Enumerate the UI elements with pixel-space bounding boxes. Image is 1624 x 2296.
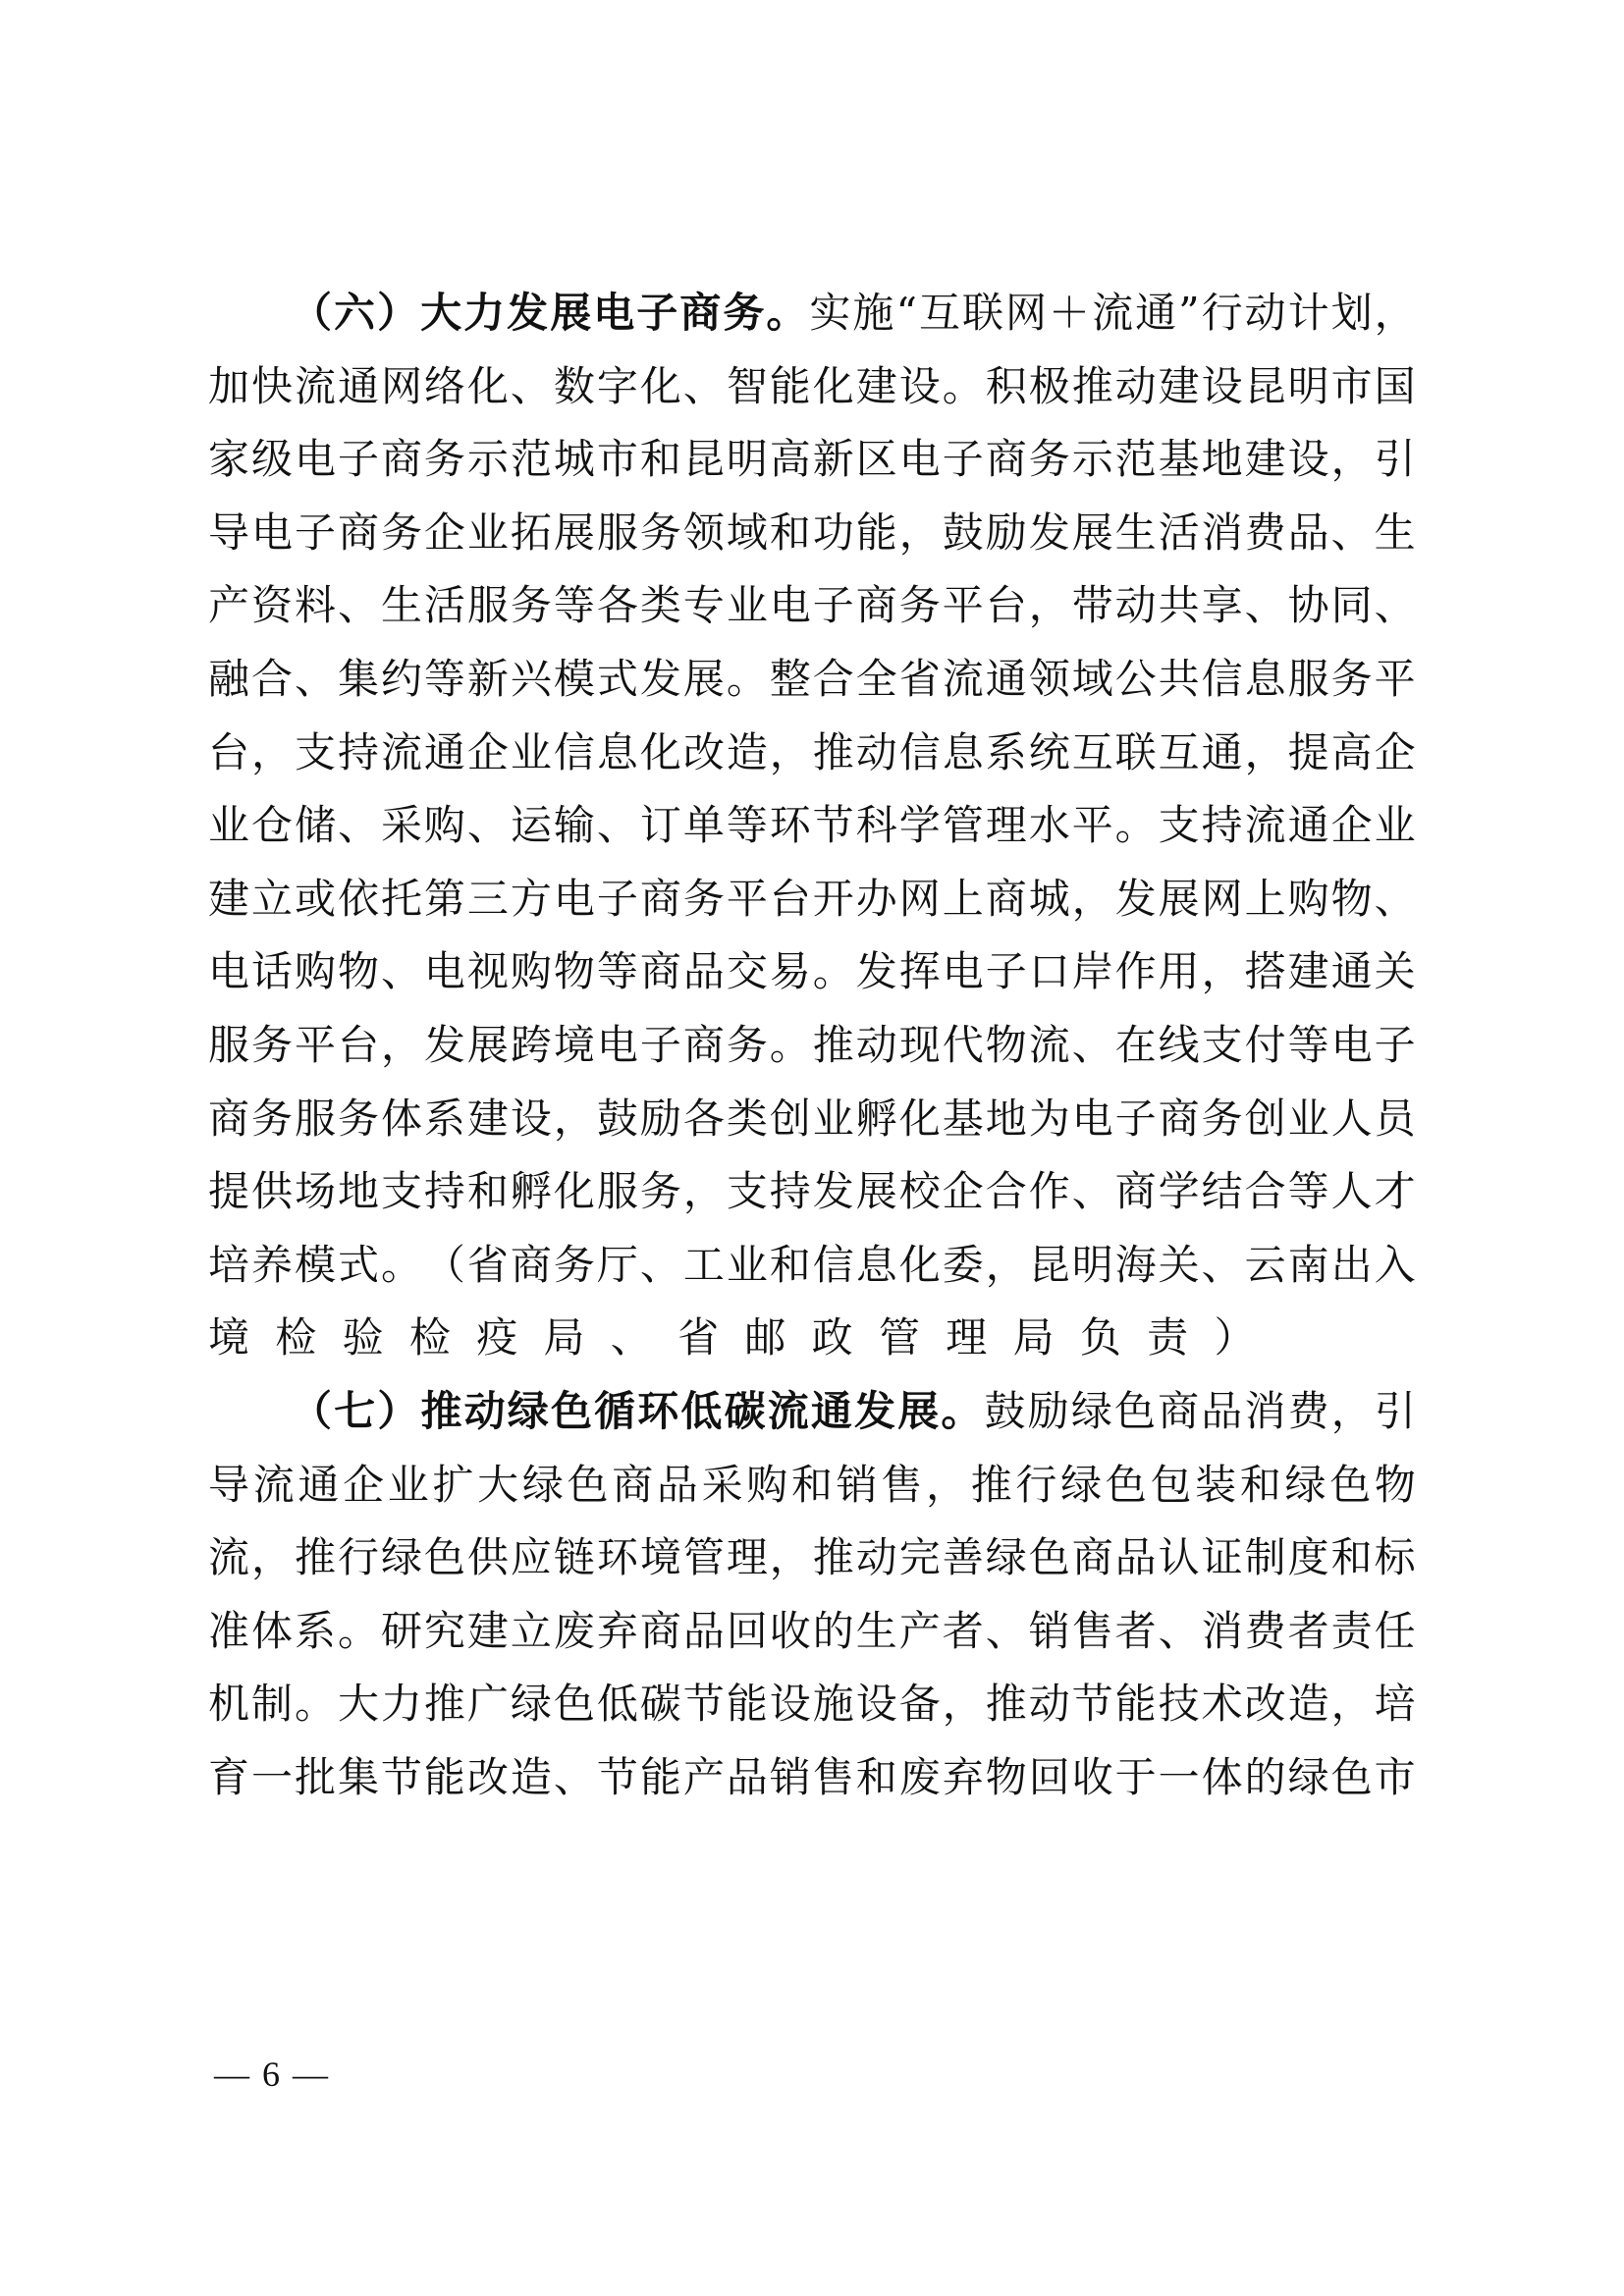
paragraph-6-line: 境检验检疫局、省邮政管理局负责）: [208, 1302, 1416, 1375]
paragraph-7-line: 导流通企业扩大绿色商品采购和销售，推行绿色包装和绿色物: [208, 1449, 1416, 1522]
paragraph-7-line: 育一批集节能改造、节能产品销售和废弃物回收于一体的绿色市: [208, 1741, 1416, 1815]
paragraph-6-line: 培养模式。（省商务厅、工业和信息化委，昆明海关、云南出入: [208, 1229, 1416, 1303]
document-page: （六）大力发展电子商务。实施“互联网＋流通”行动计划， 加快流通网络化、数字化、…: [0, 0, 1624, 2296]
paragraph-7-line: 准体系。研究建立废弃商品回收的生产者、销售者、消费者责任: [208, 1595, 1416, 1669]
paragraph-7-line: 机制。大力推广绿色低碳节能设施设备，推动节能技术改造，培: [208, 1668, 1416, 1741]
paragraph-6-line: 电话购物、电视购物等商品交易。发挥电子口岸作用，搭建通关: [208, 935, 1416, 1009]
paragraph-6-line: 加快流通网络化、数字化、智能化建设。积极推动建设昆明市国: [208, 350, 1416, 424]
page-number: — 6 —: [214, 2050, 330, 2099]
paragraph-6-line: 产资料、生活服务等各类专业电子商务平台，带动共享、协同、: [208, 569, 1416, 643]
paragraph-6-line: 服务平台，发展跨境电子商务。推动现代物流、在线支付等电子: [208, 1009, 1416, 1083]
paragraph-6-line: 提供场地支持和孵化服务，支持发展校企合作、商学结合等人才: [208, 1155, 1416, 1229]
paragraph-6-line: 商务服务体系建设，鼓励各类创业孵化基地为电子商务创业人员: [208, 1083, 1416, 1156]
paragraph-7-line: （七）推动绿色循环低碳流通发展。鼓励绿色商品消费，引: [208, 1375, 1416, 1449]
paragraph-6-line: 建立或依托第三方电子商务平台开办网上商城，发展网上购物、: [208, 863, 1416, 936]
paragraph-6-line: 台，支持流通企业信息化改造，推动信息系统互联互通，提高企: [208, 717, 1416, 790]
paragraph-6-line: 家级电子商务示范城市和昆明高新区电子商务示范基地建设，引: [208, 423, 1416, 497]
paragraph-6-line: 业仓储、采购、运输、订单等环节科学管理水平。支持流通企业: [208, 789, 1416, 863]
paragraph-7-line: 流，推行绿色供应链环境管理，推动完善绿色商品认证制度和标: [208, 1522, 1416, 1595]
paragraph-6-line: （六）大力发展电子商务。实施“互联网＋流通”行动计划，: [208, 277, 1416, 350]
paragraph-6-line: 导电子商务企业拓展服务领域和功能，鼓励发展生活消费品、生: [208, 497, 1416, 570]
paragraph-6-line: 融合、集约等新兴模式发展。整合全省流通领域公共信息服务平: [208, 643, 1416, 717]
body-text: （六）大力发展电子商务。实施“互联网＋流通”行动计划， 加快流通网络化、数字化、…: [208, 277, 1426, 1814]
